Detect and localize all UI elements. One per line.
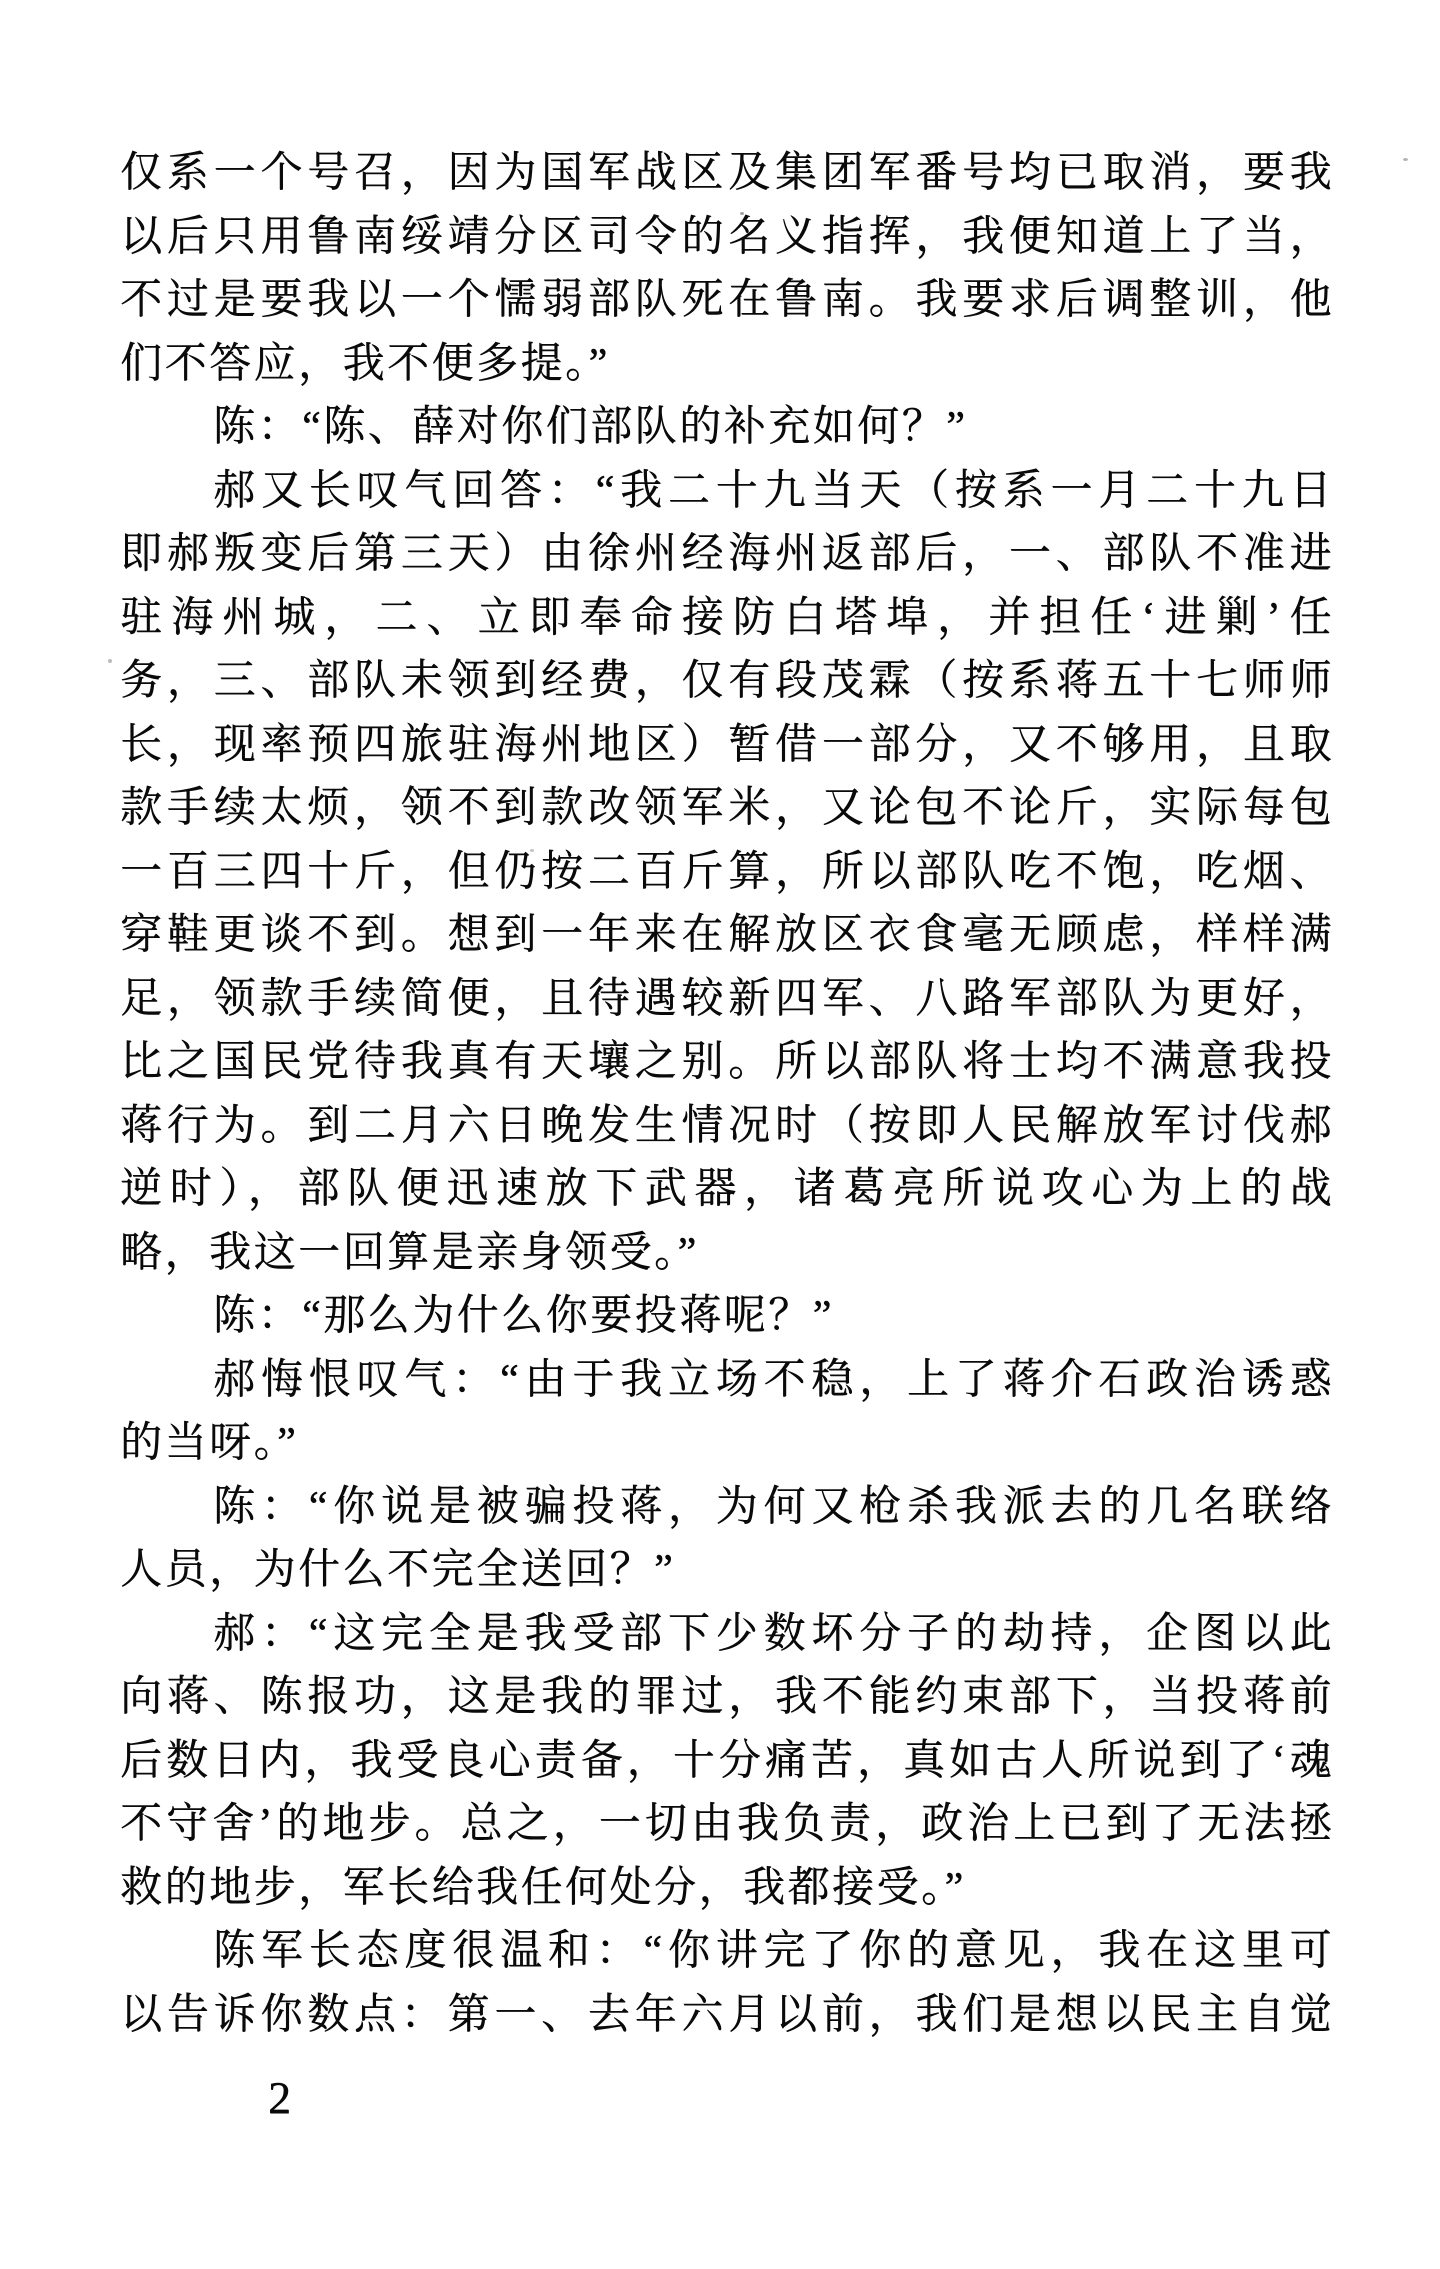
scan-speck [740, 212, 744, 215]
scanned-book-page: 仅系一个号召，因为国军战区及集团军番号均已取消，要我以后只用鲁南绥靖分区司令的名… [0, 0, 1440, 2269]
scan-speck [108, 659, 112, 663]
text-line: 郝悔恨叹气：“由于我立场不稳，上了蒋介石政治诱惑 [120, 1349, 1334, 1413]
text-line: 一百三四十斤，但仍按二百斤算，所以部队吃不饱，吃烟、 [120, 841, 1334, 905]
scan-speck [530, 849, 534, 852]
text-line: 比之国民党待我真有天壤之别。所以部队将士均不满意我投 [120, 1031, 1334, 1095]
text-line: 逆时），部队便迅速放下武器，诸葛亮所说攻心为上的战 [120, 1158, 1334, 1222]
text-line: 的当呀。” [120, 1412, 1334, 1476]
text-line: 蒋行为。到二月六日晚发生情况时（按即人民解放军讨伐郝 [120, 1095, 1334, 1159]
text-line: 陈：“那么为什么你要投蒋呢？” [120, 1285, 1334, 1349]
text-line: 以告诉你数点：第一、去年六月以前，我们是想以民主自觉 [120, 1984, 1334, 2048]
text-line: 仅系一个号召，因为国军战区及集团军番号均已取消，要我 [120, 142, 1334, 206]
text-line: 救的地步，军长给我任何处分，我都接受。” [120, 1857, 1334, 1921]
body-text: 仅系一个号召，因为国军战区及集团军番号均已取消，要我以后只用鲁南绥靖分区司令的名… [120, 142, 1334, 2047]
text-line: 长，现率预四旅驻海州地区）暂借一部分，又不够用，且取 [120, 714, 1334, 778]
text-line: 陈：“陈、薛对你们部队的补充如何？” [120, 396, 1334, 460]
text-line: 郝：“这完全是我受部下少数坏分子的劫持，企图以此 [120, 1603, 1334, 1667]
text-line: 务，三、部队未领到经费，仅有段茂霖（按系蒋五十七师师 [120, 650, 1334, 714]
text-line: 向蒋、陈报功，这是我的罪过，我不能约束部下，当投蒋前 [120, 1666, 1334, 1730]
text-line: 不过是要我以一个懦弱部队死在鲁南。我要求后调整训，他 [120, 269, 1334, 333]
scan-speck [1306, 1384, 1311, 1387]
text-line: 郝又长叹气回答：“我二十九当天（按系一月二十九日 [120, 460, 1334, 524]
text-line: 足，领款手续简便，且待遇较新四军、八路军部队为更好， [120, 968, 1334, 1032]
text-line: 以后只用鲁南绥靖分区司令的名义指挥，我便知道上了当， [120, 206, 1334, 270]
text-line: 款手续太烦，领不到款改领军米，又论包不论斤，实际每包 [120, 777, 1334, 841]
text-line: 略，我这一回算是亲身领受。” [120, 1222, 1334, 1286]
text-line: 陈：“你说是被骗投蒋，为何又枪杀我派去的几名联络 [120, 1476, 1334, 1540]
text-line: 后数日内，我受良心责备，十分痛苦，真如古人所说到了‘魂 [120, 1730, 1334, 1794]
text-line: 陈军长态度很温和：“你讲完了你的意见，我在这里可 [120, 1920, 1334, 1984]
text-line: 们不答应，我不便多提。” [120, 333, 1334, 397]
text-line: 驻海州城，二、立即奉命接防白塔埠，并担任‘进剿’任 [120, 587, 1334, 651]
text-line: 穿鞋更谈不到。想到一年来在解放区衣食毫无顾虑，样样满 [120, 904, 1334, 968]
scan-speck [1403, 158, 1408, 161]
page-number: 2 [268, 2072, 291, 2124]
text-line: 即郝叛变后第三天）由徐州经海州返部后，一、部队不准进 [120, 523, 1334, 587]
text-line: 人员，为什么不完全送回？” [120, 1539, 1334, 1603]
text-line: 不守舍’的地步。总之，一切由我负责，政治上已到了无法拯 [120, 1793, 1334, 1857]
